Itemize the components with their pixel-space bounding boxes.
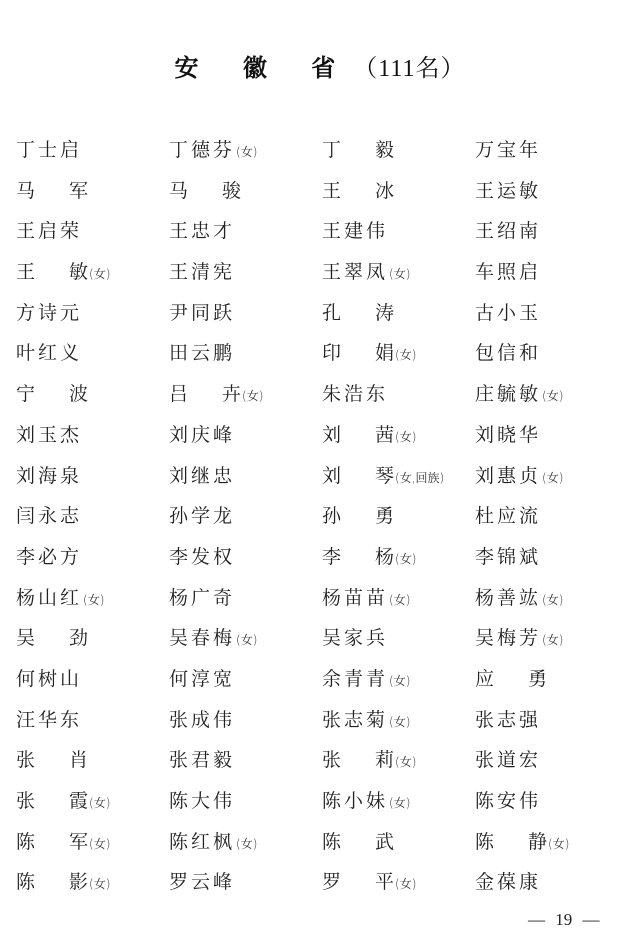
gender-note: (女) <box>236 837 257 851</box>
person-name: 田云鹏 <box>169 342 235 364</box>
surname: 马 <box>16 180 35 202</box>
given-name: 霞 <box>69 790 88 812</box>
name-entry: 王忠才 <box>169 215 235 247</box>
person-name: 杨山红 <box>16 587 82 609</box>
person-name: 吕卉 <box>169 383 241 405</box>
name-entry: 王冰 <box>322 175 394 207</box>
name-entry: 应勇 <box>475 663 547 695</box>
person-name: 印娟 <box>322 342 394 364</box>
name-entry: 王启荣 <box>16 215 82 247</box>
gender-note: (女) <box>89 267 110 281</box>
person-name: 吴梅芳 <box>475 627 541 649</box>
surname: 陈 <box>322 831 341 853</box>
given-name: 勇 <box>528 668 547 690</box>
name-entry: 王绍南 <box>475 215 541 247</box>
gender-note: (女) <box>542 471 563 485</box>
given-name: 静 <box>528 831 547 853</box>
name-entry: 杨苗苗(女) <box>322 582 410 616</box>
person-name: 陈武 <box>322 831 394 853</box>
name-entry: 万宝年 <box>475 134 541 166</box>
person-name: 丁毅 <box>322 139 394 161</box>
person-name: 马军 <box>16 180 88 202</box>
person-name: 何淳宽 <box>169 668 235 690</box>
person-name: 丁德芬 <box>169 139 235 161</box>
gender-note: (女) <box>542 389 563 403</box>
name-entry: 刘惠贞(女) <box>475 460 563 494</box>
gender-note: (女) <box>236 633 257 647</box>
name-entry: 车照启 <box>475 256 541 288</box>
person-name: 王建伟 <box>322 220 388 242</box>
name-entry: 李发权 <box>169 541 235 573</box>
person-name: 应勇 <box>475 668 547 690</box>
surname: 刘 <box>322 424 341 446</box>
name-entry: 刘继忠 <box>169 460 235 492</box>
person-name: 李必方 <box>16 546 82 568</box>
surname: 宁 <box>16 383 35 405</box>
person-name: 汪华东 <box>16 709 82 731</box>
name-entry: 何淳宽 <box>169 663 235 695</box>
name-entry: 汪华东 <box>16 704 82 736</box>
given-name: 勇 <box>375 505 394 527</box>
gender-note: (女) <box>389 593 410 607</box>
given-name: 军 <box>69 180 88 202</box>
name-entry: 王敏(女) <box>16 256 110 290</box>
name-entry: 刘琴(女,回族) <box>322 460 444 494</box>
person-name: 陈小妹 <box>322 790 388 812</box>
given-name: 波 <box>69 383 88 405</box>
gender-note: (女) <box>395 430 416 444</box>
name-entry: 刘庆峰 <box>169 419 235 451</box>
person-name: 张莉 <box>322 749 394 771</box>
surname: 应 <box>475 668 494 690</box>
surname: 陈 <box>475 831 494 853</box>
name-entry: 杨广奇 <box>169 582 235 614</box>
name-entry: 朱浩东 <box>322 378 388 410</box>
given-name: 毅 <box>375 139 394 161</box>
person-name: 刘庆峰 <box>169 424 235 446</box>
person-name: 刘琴 <box>322 465 394 487</box>
name-entry: 丁德芬(女) <box>169 134 257 168</box>
given-name: 杨 <box>375 546 394 568</box>
surname: 罗 <box>322 871 341 893</box>
name-entry: 张道宏 <box>475 744 541 776</box>
name-entry: 陈静(女) <box>475 826 569 860</box>
gender-note: (女) <box>242 389 263 403</box>
person-name: 张道宏 <box>475 749 541 771</box>
name-entry: 陈影(女) <box>16 866 110 900</box>
name-entry: 吴劲 <box>16 622 88 654</box>
person-name: 张霞 <box>16 790 88 812</box>
gender-note: (女) <box>542 593 563 607</box>
name-entry: 李锦斌 <box>475 541 541 573</box>
person-name: 吴家兵 <box>322 627 388 649</box>
name-entry: 李杨(女) <box>322 541 416 575</box>
surname: 张 <box>16 790 35 812</box>
given-name: 敏 <box>69 261 88 283</box>
given-name: 卉 <box>222 383 241 405</box>
given-name: 涛 <box>375 302 394 324</box>
name-entry: 刘海泉 <box>16 460 82 492</box>
gender-note: (女) <box>395 877 416 891</box>
given-name: 影 <box>69 871 88 893</box>
name-entry: 尹同跃 <box>169 297 235 329</box>
given-name: 平 <box>375 871 394 893</box>
person-name: 陈影 <box>16 871 88 893</box>
person-name: 余青青 <box>322 668 388 690</box>
person-name: 杨广奇 <box>169 587 235 609</box>
gender-note: (女) <box>389 267 410 281</box>
name-entry: 张莉(女) <box>322 744 416 778</box>
surname: 刘 <box>322 465 341 487</box>
surname: 印 <box>322 342 341 364</box>
name-entry: 宁波 <box>16 378 88 410</box>
surname: 陈 <box>16 871 35 893</box>
person-name: 张志强 <box>475 709 541 731</box>
person-name: 叶红义 <box>16 342 82 364</box>
person-name: 王启荣 <box>16 220 82 242</box>
name-entry: 陈安伟 <box>475 785 541 817</box>
name-entry: 张肖 <box>16 744 88 776</box>
name-entry: 王建伟 <box>322 215 388 247</box>
name-entry: 孔涛 <box>322 297 394 329</box>
person-name: 王运敏 <box>475 180 541 202</box>
person-name: 包信和 <box>475 342 541 364</box>
person-name: 尹同跃 <box>169 302 235 324</box>
given-name: 军 <box>69 831 88 853</box>
gender-note: (女) <box>89 837 110 851</box>
person-name: 李锦斌 <box>475 546 541 568</box>
name-entry: 陈军(女) <box>16 826 110 860</box>
name-entry: 庄毓敏(女) <box>475 378 563 412</box>
gender-note: (女) <box>83 593 104 607</box>
name-entry: 印娟(女) <box>322 337 416 371</box>
person-name: 陈静 <box>475 831 547 853</box>
person-name: 孔涛 <box>322 302 394 324</box>
gender-note: (女) <box>548 837 569 851</box>
name-entry: 罗云峰 <box>169 866 235 898</box>
person-name: 张肖 <box>16 749 88 771</box>
name-entry: 刘晓华 <box>475 419 541 451</box>
name-entry: 田云鹏 <box>169 337 235 369</box>
province-name: 安 徽 省 <box>175 53 354 82</box>
name-entry: 吴家兵 <box>322 622 388 654</box>
name-entry: 陈红枫(女) <box>169 826 257 860</box>
person-name: 车照启 <box>475 261 541 283</box>
page-title: 安 徽 省（111名） <box>0 48 640 83</box>
gender-note: (女,回族) <box>395 471 444 485</box>
given-name: 武 <box>375 831 394 853</box>
person-name: 王冰 <box>322 180 394 202</box>
name-entry: 马骏 <box>169 175 241 207</box>
gender-note: (女) <box>389 674 410 688</box>
person-name: 方诗元 <box>16 302 82 324</box>
name-entry: 闫永志 <box>16 500 82 532</box>
person-name: 杜应流 <box>475 505 541 527</box>
person-name: 宁波 <box>16 383 88 405</box>
name-entry: 金葆康 <box>475 866 541 898</box>
name-entry: 方诗元 <box>16 297 82 329</box>
person-name: 刘茜 <box>322 424 394 446</box>
person-name: 何树山 <box>16 668 82 690</box>
surname: 王 <box>16 261 35 283</box>
person-name: 陈安伟 <box>475 790 541 812</box>
name-entry: 古小玉 <box>475 297 541 329</box>
name-entry: 王运敏 <box>475 175 541 207</box>
name-entry: 张志菊(女) <box>322 704 410 738</box>
name-entry: 叶红义 <box>16 337 82 369</box>
name-entry: 包信和 <box>475 337 541 369</box>
name-entry: 陈大伟 <box>169 785 235 817</box>
name-entry: 张君毅 <box>169 744 235 776</box>
given-name: 莉 <box>375 749 394 771</box>
person-name: 罗云峰 <box>169 871 235 893</box>
person-name: 古小玉 <box>475 302 541 324</box>
surname: 李 <box>322 546 341 568</box>
person-name: 李杨 <box>322 546 394 568</box>
given-name: 琴 <box>375 465 394 487</box>
person-name: 孙勇 <box>322 505 394 527</box>
name-entry: 杨善竑(女) <box>475 582 563 616</box>
name-entry: 杨山红(女) <box>16 582 104 616</box>
name-entry: 何树山 <box>16 663 82 695</box>
gender-note: (女) <box>236 145 257 159</box>
name-entry: 丁毅 <box>322 134 394 166</box>
surname: 丁 <box>322 139 341 161</box>
surname: 吴 <box>16 627 35 649</box>
name-entry: 丁士启 <box>16 134 82 166</box>
person-name: 刘玉杰 <box>16 424 82 446</box>
surname: 孔 <box>322 302 341 324</box>
given-name: 冰 <box>375 180 394 202</box>
name-entry: 陈小妹(女) <box>322 785 410 819</box>
person-name: 杨善竑 <box>475 587 541 609</box>
person-name: 张志菊 <box>322 709 388 731</box>
name-entry: 杜应流 <box>475 500 541 532</box>
gender-note: (女) <box>395 552 416 566</box>
gender-note: (女) <box>89 877 110 891</box>
person-name: 陈红枫 <box>169 831 235 853</box>
name-entry: 孙学龙 <box>169 500 235 532</box>
name-entry: 孙勇 <box>322 500 394 532</box>
gender-note: (女) <box>395 755 416 769</box>
person-name: 罗平 <box>322 871 394 893</box>
name-entry: 李必方 <box>16 541 82 573</box>
person-name: 杨苗苗 <box>322 587 388 609</box>
name-entry: 张霞(女) <box>16 785 110 819</box>
person-name: 陈大伟 <box>169 790 235 812</box>
surname: 张 <box>16 749 35 771</box>
name-entry: 余青青(女) <box>322 663 410 697</box>
person-name: 丁士启 <box>16 139 82 161</box>
gender-note: (女) <box>89 796 110 810</box>
person-name: 刘惠贞 <box>475 465 541 487</box>
person-name: 王忠才 <box>169 220 235 242</box>
name-entry: 马军 <box>16 175 88 207</box>
person-name: 张成伟 <box>169 709 235 731</box>
page-number: — 19 — <box>528 910 600 930</box>
given-name: 骏 <box>222 180 241 202</box>
given-name: 肖 <box>69 749 88 771</box>
surname: 王 <box>322 180 341 202</box>
person-name: 刘晓华 <box>475 424 541 446</box>
person-name: 王敏 <box>16 261 88 283</box>
name-entry: 罗平(女) <box>322 866 416 900</box>
name-entry: 吴梅芳(女) <box>475 622 563 656</box>
given-name: 茜 <box>375 424 394 446</box>
person-name: 闫永志 <box>16 505 82 527</box>
name-entry: 刘茜(女) <box>322 419 416 453</box>
person-name: 孙学龙 <box>169 505 235 527</box>
person-name: 李发权 <box>169 546 235 568</box>
person-name: 金葆康 <box>475 871 541 893</box>
person-name: 王绍南 <box>475 220 541 242</box>
person-name: 刘海泉 <box>16 465 82 487</box>
given-name: 娟 <box>375 342 394 364</box>
name-entry: 吴春梅(女) <box>169 622 257 656</box>
surname: 马 <box>169 180 188 202</box>
surname: 陈 <box>16 831 35 853</box>
person-name: 刘继忠 <box>169 465 235 487</box>
person-name: 吴劲 <box>16 627 88 649</box>
person-name: 王翠凤 <box>322 261 388 283</box>
person-name: 马骏 <box>169 180 241 202</box>
surname: 吕 <box>169 383 188 405</box>
person-name: 陈军 <box>16 831 88 853</box>
name-entry: 王清宪 <box>169 256 235 288</box>
name-entry: 吕卉(女) <box>169 378 263 412</box>
name-entry: 刘玉杰 <box>16 419 82 451</box>
person-name: 吴春梅 <box>169 627 235 649</box>
name-entry: 张成伟 <box>169 704 235 736</box>
surname: 孙 <box>322 505 341 527</box>
gender-note: (女) <box>542 633 563 647</box>
person-name: 朱浩东 <box>322 383 388 405</box>
gender-note: (女) <box>389 796 410 810</box>
person-name: 万宝年 <box>475 139 541 161</box>
gender-note: (女) <box>389 715 410 729</box>
gender-note: (女) <box>395 348 416 362</box>
given-name: 劲 <box>69 627 88 649</box>
person-name: 庄毓敏 <box>475 383 541 405</box>
name-entry: 王翠凤(女) <box>322 256 410 290</box>
person-name: 张君毅 <box>169 749 235 771</box>
surname: 张 <box>322 749 341 771</box>
member-count: （111名） <box>353 56 465 82</box>
person-name: 王清宪 <box>169 261 235 283</box>
name-entry: 陈武 <box>322 826 394 858</box>
name-entry: 张志强 <box>475 704 541 736</box>
